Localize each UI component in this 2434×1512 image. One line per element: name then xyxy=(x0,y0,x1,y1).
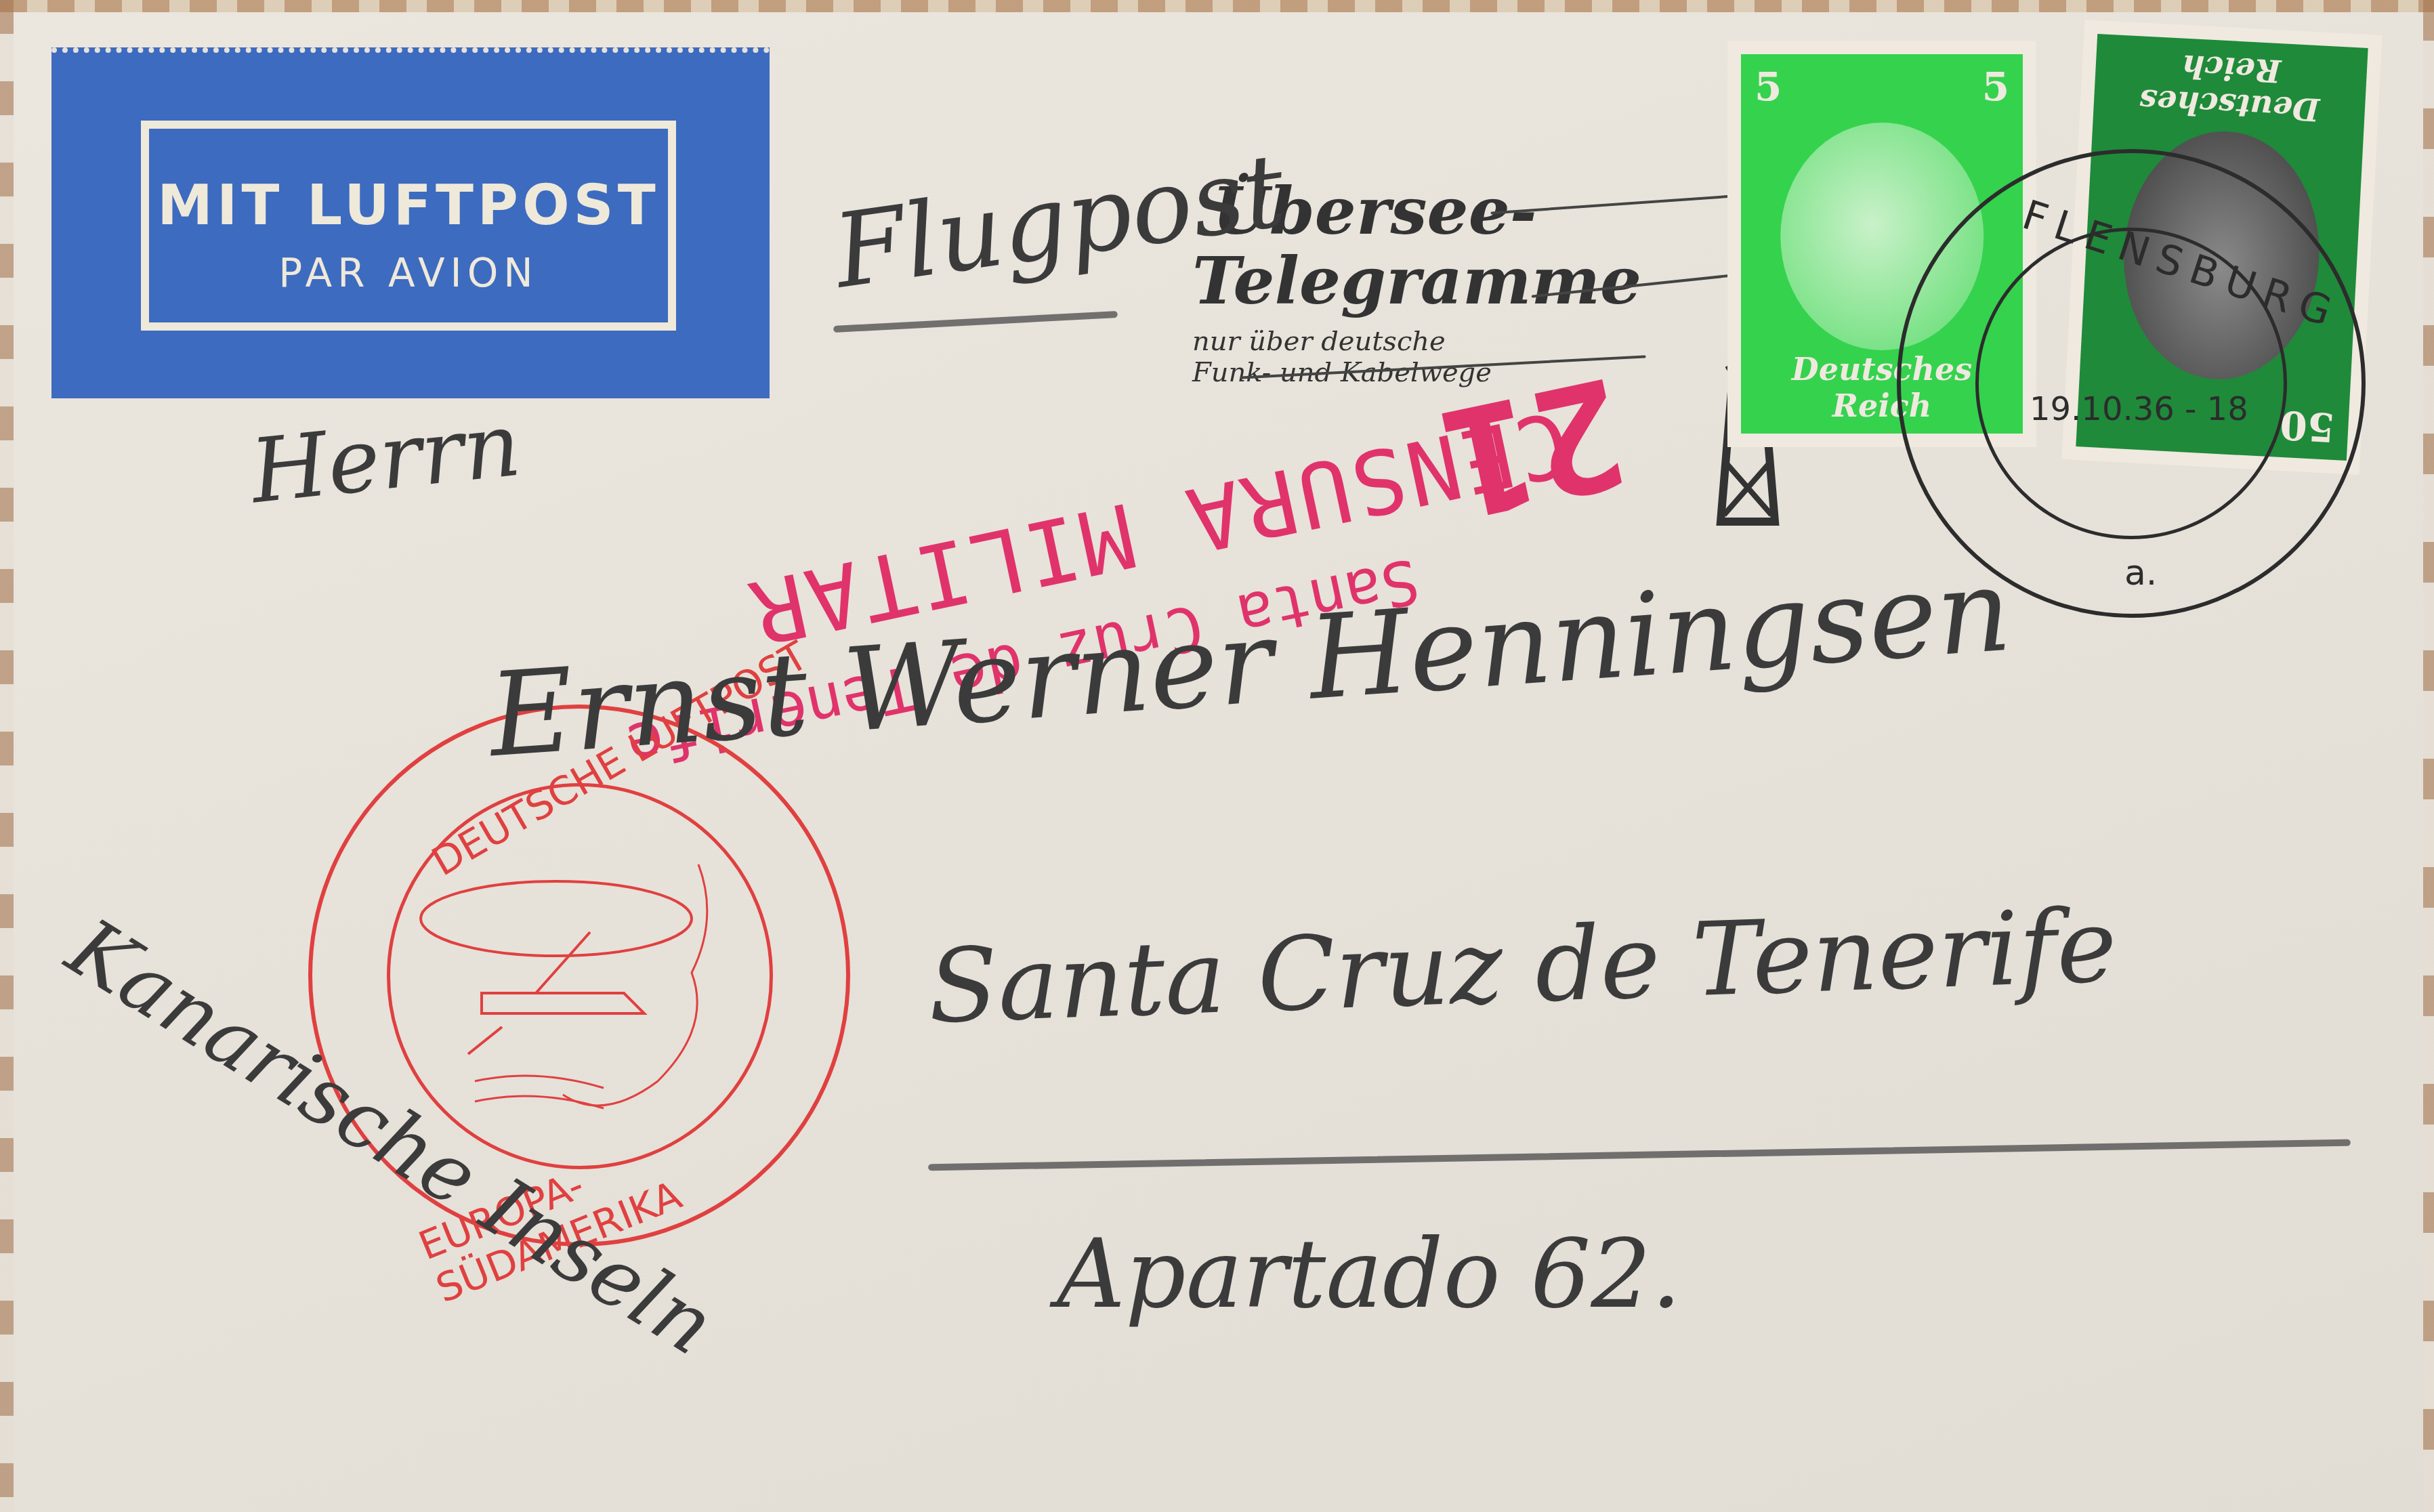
stamp-value: 5 xyxy=(1755,64,1782,110)
handwritten-salutation: Herrn xyxy=(246,393,525,524)
envelope-worn-edge-right xyxy=(2423,0,2434,1512)
stamp-country: Deutsches Reich xyxy=(2093,43,2368,131)
stamp-value: 5 xyxy=(1982,64,2009,110)
airmail-label: MIT LUFTPOST PAR AVION xyxy=(51,47,770,398)
city-underline xyxy=(928,1139,2351,1171)
zeppelin-airship-icon xyxy=(400,797,766,1162)
postmark-date: 19.10.36 - 18 xyxy=(2030,390,2248,428)
slogan-line2: Telegramme xyxy=(1192,243,1653,319)
censor-number: 21 xyxy=(1427,343,1639,550)
airmail-label-line2: PAR AVION xyxy=(149,250,668,296)
airmail-label-frame: MIT LUFTPOST PAR AVION xyxy=(141,121,676,331)
routing-underline xyxy=(833,311,1118,333)
envelope: MIT LUFTPOST PAR AVION Übersee- Telegram… xyxy=(0,0,2434,1512)
handwritten-city: Santa Cruz de Tenerife xyxy=(926,887,2118,1046)
airmail-label-line1: MIT LUFTPOST xyxy=(149,173,668,238)
envelope-worn-edge-left xyxy=(0,0,14,1512)
envelope-worn-edge-top xyxy=(0,0,2434,12)
handwritten-address: Apartado 62. xyxy=(1057,1219,1681,1330)
postmark-letter: a. xyxy=(2124,553,2157,593)
